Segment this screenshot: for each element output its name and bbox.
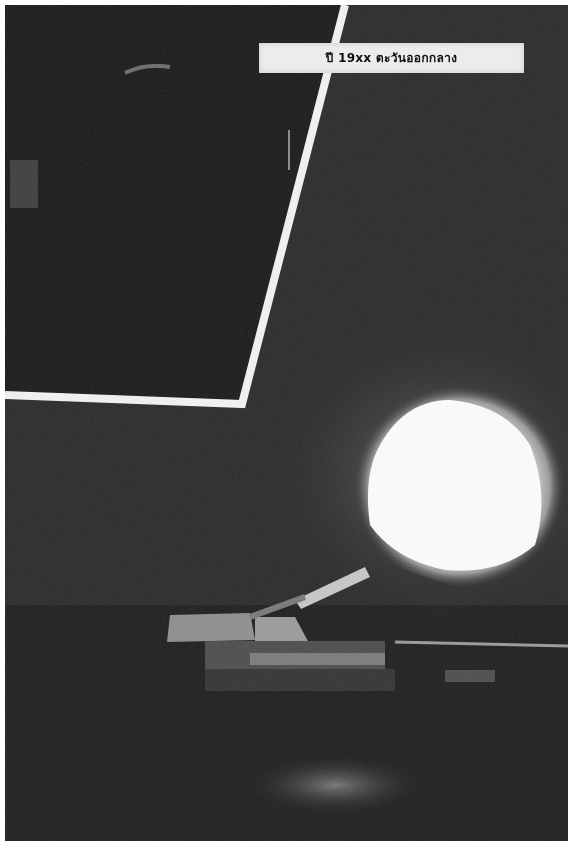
caption-box: ปี 19xx ตะวันออกกลาง xyxy=(259,43,524,73)
book-page: ปี 19xx ตะวันออกกลาง xyxy=(5,5,568,841)
tank-firing-photo xyxy=(5,5,568,841)
caption-text: ปี 19xx ตะวันออกกลาง xyxy=(326,49,458,68)
